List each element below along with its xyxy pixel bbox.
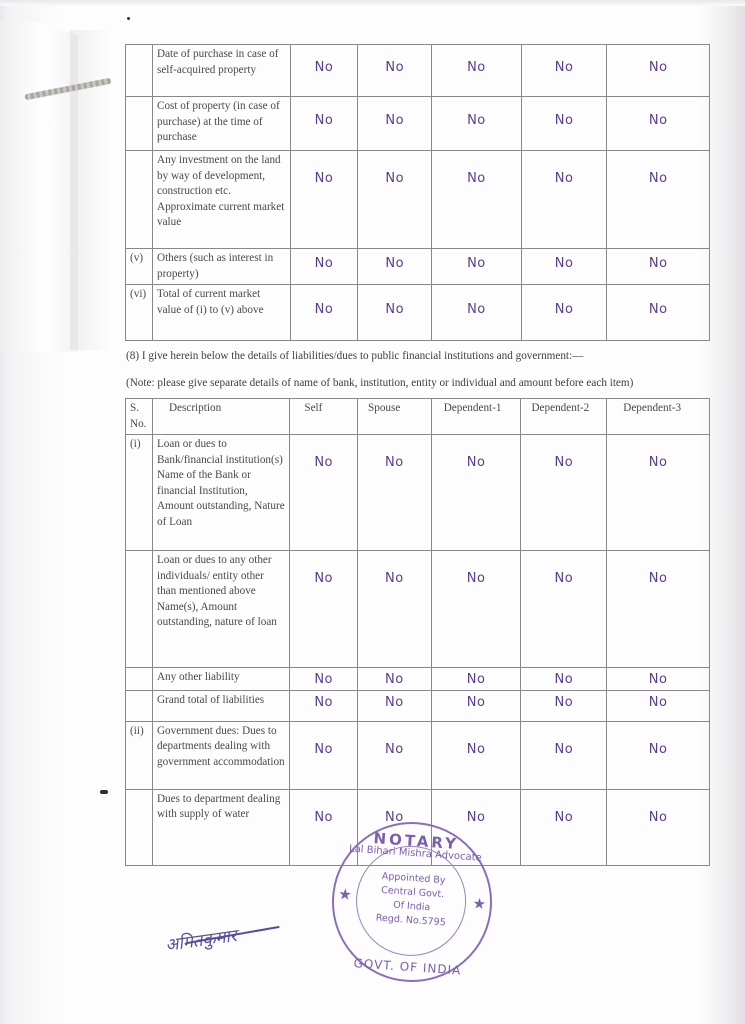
value-cell-self: No <box>290 668 358 691</box>
value-cell-dependent-1: No <box>432 97 522 151</box>
handwritten-value: No <box>649 60 668 76</box>
handwritten-value: No <box>467 571 486 587</box>
value-cell-spouse: No <box>358 285 432 341</box>
handwritten-value: No <box>314 742 333 758</box>
value-cell-dependent-1: No <box>432 285 522 341</box>
table-row: Grand total of liabilitiesNoNoNoNoNo <box>126 690 710 721</box>
table-row: Cost of property (in case of purchase) a… <box>126 97 710 151</box>
handwritten-value: No <box>385 113 404 129</box>
handwritten-value: No <box>555 171 574 187</box>
value-cell-dependent-3: No <box>607 721 710 789</box>
row-sno: (vi) <box>126 285 153 341</box>
handwritten-value: No <box>649 810 668 826</box>
handwritten-value: No <box>649 113 668 129</box>
header-description: Description <box>152 399 289 435</box>
value-cell-self: No <box>290 435 358 551</box>
value-cell-dependent-2: No <box>521 721 607 789</box>
handwritten-value: No <box>467 60 486 76</box>
value-cell-dependent-2: No <box>521 551 607 668</box>
value-cell-self: No <box>290 551 358 668</box>
value-cell-dependent-2: No <box>521 789 607 865</box>
handwritten-value: No <box>385 171 404 187</box>
handwritten-value: No <box>315 256 334 272</box>
ink-blot <box>100 790 108 794</box>
handwritten-value: No <box>555 256 574 272</box>
value-cell-dependent-3: No <box>607 97 710 151</box>
header-spouse: Spouse <box>358 399 432 435</box>
value-cell-self: No <box>290 721 358 789</box>
value-cell-self: No <box>290 690 358 721</box>
handwritten-value: No <box>315 60 334 76</box>
value-cell-dependent-1: No <box>432 151 522 249</box>
value-cell-dependent-3: No <box>607 285 710 341</box>
handwritten-value: No <box>555 455 574 471</box>
handwritten-value: No <box>314 695 333 711</box>
handwritten-value: No <box>385 672 404 688</box>
value-cell-dependent-2: No <box>521 435 607 551</box>
value-cell-dependent-1: No <box>431 721 521 789</box>
value-cell-dependent-3: No <box>607 789 710 865</box>
value-cell-self: No <box>290 249 358 285</box>
table-row: Any other liabilityNoNoNoNoNo <box>126 668 710 691</box>
value-cell-dependent-2: No <box>521 151 607 249</box>
table-row: (vi)Total of current market value of (i)… <box>126 285 710 341</box>
row-description: Loan or dues to Bank/financial instituti… <box>152 435 289 551</box>
value-cell-dependent-2: No <box>521 668 607 691</box>
handwritten-value: No <box>555 810 574 826</box>
handwritten-value: No <box>314 571 333 587</box>
header-self: Self <box>290 399 358 435</box>
handwritten-value: No <box>385 695 404 711</box>
row-description: Others (such as interest in property) <box>152 249 290 285</box>
row-description: Total of current market value of (i) to … <box>152 285 290 341</box>
speck <box>127 17 130 20</box>
value-cell-self: No <box>290 151 358 249</box>
handwritten-value: No <box>467 256 486 272</box>
handwritten-value: No <box>555 695 574 711</box>
scanner-edge <box>0 0 745 6</box>
value-cell-self: No <box>290 45 358 97</box>
value-cell-dependent-1: No <box>431 435 521 551</box>
handwritten-value: No <box>314 810 333 826</box>
handwritten-value: No <box>649 742 668 758</box>
value-cell-self: No <box>290 97 358 151</box>
row-description: Dues to department dealing with supply o… <box>152 789 289 865</box>
value-cell-dependent-2: No <box>521 690 607 721</box>
handwritten-value: No <box>649 672 668 688</box>
row-sno: (ii) <box>126 721 153 789</box>
row-sno <box>126 97 153 151</box>
handwritten-value: No <box>385 742 404 758</box>
table-row: Any investment on the land by way of dev… <box>126 151 710 249</box>
handwritten-value: No <box>649 256 668 272</box>
handwritten-value: No <box>385 571 404 587</box>
section-8-note: (Note: please give separate details of n… <box>126 377 633 389</box>
handwritten-value: No <box>555 672 574 688</box>
handwritten-value: No <box>649 571 668 587</box>
row-description: Government dues: Dues to departments dea… <box>152 721 289 789</box>
handwritten-value: No <box>649 171 668 187</box>
value-cell-dependent-2: No <box>521 45 607 97</box>
row-sno <box>126 668 153 691</box>
value-cell-dependent-3: No <box>607 551 710 668</box>
value-cell-dependent-1: No <box>431 551 521 668</box>
row-sno: (i) <box>126 435 153 551</box>
value-cell-spouse: No <box>358 151 432 249</box>
handwritten-value: No <box>385 60 404 76</box>
row-sno <box>126 789 153 865</box>
value-cell-spouse: No <box>358 551 432 668</box>
row-description: Any other liability <box>152 668 289 691</box>
handwritten-value: No <box>555 60 574 76</box>
assets-table: Date of purchase in case of self-acquire… <box>125 44 710 341</box>
header-dependent-3: Dependent-3 <box>607 399 710 435</box>
row-description: Loan or dues to any other individuals/ e… <box>152 551 289 668</box>
section-8-heading: (8) I give herein below the details of l… <box>126 350 583 362</box>
handwritten-value: No <box>555 302 574 318</box>
table-row: Loan or dues to any other individuals/ e… <box>126 551 710 668</box>
table-row: (i)Loan or dues to Bank/financial instit… <box>126 435 710 551</box>
value-cell-dependent-2: No <box>521 97 607 151</box>
value-cell-spouse: No <box>358 690 432 721</box>
header-dependent-1: Dependent-1 <box>431 399 521 435</box>
value-cell-dependent-3: No <box>607 249 710 285</box>
row-description: Cost of property (in case of purchase) a… <box>152 97 290 151</box>
handwritten-value: No <box>467 810 486 826</box>
handwritten-value: No <box>385 455 404 471</box>
value-cell-spouse: No <box>358 435 432 551</box>
value-cell-dependent-3: No <box>607 151 710 249</box>
value-cell-dependent-1: No <box>431 690 521 721</box>
table-row: (v)Others (such as interest in property)… <box>126 249 710 285</box>
handwritten-value: No <box>315 113 334 129</box>
folded-page-corner <box>0 22 78 352</box>
value-cell-spouse: No <box>358 721 432 789</box>
handwritten-value: No <box>467 302 486 318</box>
row-description: Grand total of liabilities <box>152 690 289 721</box>
value-cell-dependent-3: No <box>607 690 710 721</box>
handwritten-value: No <box>314 672 333 688</box>
star-icon: ★ <box>472 894 487 913</box>
handwritten-value: No <box>649 302 668 318</box>
value-cell-self: No <box>290 285 358 341</box>
value-cell-dependent-2: No <box>521 285 607 341</box>
handwritten-value: No <box>314 455 333 471</box>
value-cell-spouse: No <box>358 97 432 151</box>
value-cell-dependent-1: No <box>432 249 522 285</box>
row-description: Any investment on the land by way of dev… <box>152 151 290 249</box>
liabilities-table: S. No. Description Self Spouse Dependent… <box>125 398 710 866</box>
table-row: (ii)Government dues: Dues to departments… <box>126 721 710 789</box>
handwritten-value: No <box>467 455 486 471</box>
handwritten-value: No <box>467 695 486 711</box>
value-cell-dependent-3: No <box>607 45 710 97</box>
handwritten-value: No <box>467 113 486 129</box>
value-cell-dependent-3: No <box>607 435 710 551</box>
value-cell-spouse: No <box>358 45 432 97</box>
handwritten-value: No <box>649 455 668 471</box>
stamp-bottom: GOVT. OF INDIA <box>329 954 486 979</box>
row-sno <box>126 151 153 249</box>
value-cell-spouse: No <box>358 668 432 691</box>
row-sno <box>126 690 153 721</box>
handwritten-value: No <box>555 571 574 587</box>
row-sno: (v) <box>126 249 153 285</box>
handwritten-value: No <box>315 302 334 318</box>
value-cell-dependent-1: No <box>432 45 522 97</box>
handwritten-value: No <box>649 695 668 711</box>
handwritten-value: No <box>315 171 334 187</box>
handwritten-value: No <box>467 672 486 688</box>
value-cell-dependent-1: No <box>431 668 521 691</box>
handwritten-value: No <box>467 171 486 187</box>
handwritten-value: No <box>385 302 404 318</box>
notary-stamp: NOTARY Lal Bihari Mishra Advocate Appoin… <box>327 817 498 988</box>
value-cell-dependent-3: No <box>607 668 710 691</box>
value-cell-spouse: No <box>358 249 432 285</box>
header-dependent-2: Dependent-2 <box>521 399 607 435</box>
table-header-row: S. No. Description Self Spouse Dependent… <box>126 399 710 435</box>
handwritten-value: No <box>385 256 404 272</box>
value-cell-dependent-2: No <box>521 249 607 285</box>
table-row: Date of purchase in case of self-acquire… <box>126 45 710 97</box>
handwritten-value: No <box>467 742 486 758</box>
handwritten-value: No <box>555 113 574 129</box>
scanned-page: Date of purchase in case of self-acquire… <box>0 0 745 1024</box>
row-sno <box>126 551 153 668</box>
row-sno <box>126 45 153 97</box>
star-icon: ★ <box>338 885 353 904</box>
handwritten-value: No <box>555 742 574 758</box>
header-sno: S. No. <box>126 399 153 435</box>
row-description: Date of purchase in case of self-acquire… <box>152 45 290 97</box>
